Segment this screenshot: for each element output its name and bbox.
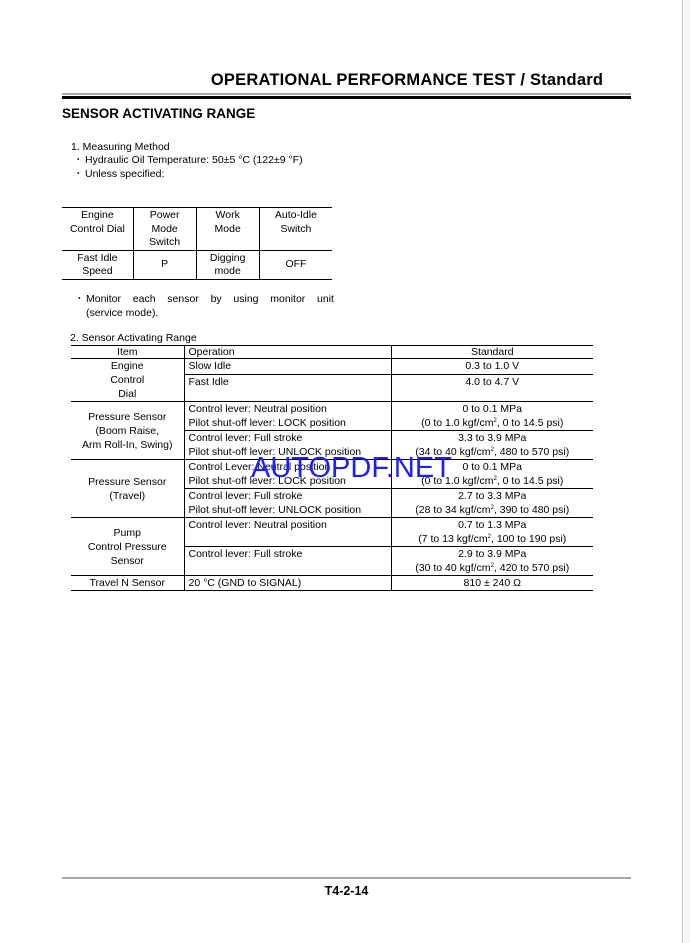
range-header-row: ItemOperationStandard — [71, 346, 593, 359]
conditions-header-cell: Auto-IdleSwitch — [259, 208, 332, 251]
bullet-text: Unless specified: — [85, 168, 164, 180]
item-cell: PumpControl PressureSensor — [71, 518, 184, 576]
operation-cell: Slow Idle — [184, 359, 391, 375]
conditions-value-cell: OFF — [259, 250, 332, 279]
standard-cell: 2.9 to 3.9 MPa(30 to 40 kgf/cm2, 420 to … — [391, 547, 593, 576]
conditions-value-cell: P — [133, 250, 196, 279]
viewer-gutter — [683, 0, 690, 943]
page-number: T4-2-14 — [62, 884, 631, 898]
bullet-icon: ・ — [73, 168, 85, 182]
standard-cell: 4.0 to 4.7 V — [391, 374, 593, 401]
conditions-header-cell: PowerModeSwitch — [133, 208, 196, 251]
operation-cell: Control lever: Neutral position — [184, 518, 391, 547]
measuring-method-title: 1. Measuring Method — [71, 141, 170, 155]
conditions-header-cell: WorkMode — [196, 208, 259, 251]
conditions-value-cell: Diggingmode — [196, 250, 259, 279]
item-cell: Pressure Sensor(Boom Raise,Arm Roll-In, … — [71, 402, 184, 460]
item-cell: Travel N Sensor — [71, 576, 184, 591]
bullet-icon: ・ — [74, 292, 86, 306]
conditions-value-cell: Fast IdleSpeed — [62, 250, 133, 279]
conditions-value-row: Fast IdleSpeedPDiggingmodeOFF — [62, 250, 332, 279]
bullet-icon: ・ — [73, 154, 85, 168]
monitor-word: each — [133, 292, 156, 306]
operation-cell: Control lever: Full strokePilot shut-off… — [184, 489, 391, 518]
bullet-unless-specified: ・Unless specified: — [73, 168, 164, 182]
table-row: EngineControlDialSlow Idle0.3 to 1.0 V — [71, 359, 593, 375]
standard-cell: 0 to 0.1 MPa(0 to 1.0 kgf/cm2, 0 to 14.5… — [391, 402, 593, 431]
conditions-header-cell: EngineControl Dial — [62, 208, 133, 251]
footer-rule — [62, 877, 631, 879]
operation-cell: Control lever: Full stroke — [184, 547, 391, 576]
monitor-word: using — [233, 292, 258, 306]
standard-cell: 0.3 to 1.0 V — [391, 359, 593, 375]
bullet-text: Hydraulic Oil Temperature: 50±5 °C (122±… — [85, 154, 303, 166]
watermark: AUTOPDF.NET — [251, 452, 452, 484]
column-header-standard: Standard — [391, 346, 593, 359]
range-table-title: 2. Sensor Activating Range — [70, 332, 197, 345]
operation-cell: 20 °C (GND to SIGNAL) — [184, 576, 391, 591]
table-row: PumpControl PressureSensorControl lever:… — [71, 518, 593, 547]
item-cell: EngineControlDial — [71, 359, 184, 402]
monitor-word: sensor — [167, 292, 199, 306]
monitor-word: unit — [317, 292, 334, 306]
monitor-note-line1: ・Monitoreachsensorbyusingmonitorunit — [74, 292, 334, 306]
monitor-word: monitor — [270, 292, 305, 306]
monitor-note: ・Monitoreachsensorbyusingmonitorunit (se… — [74, 292, 334, 320]
operation-cell: Control lever: Neutral positionPilot shu… — [184, 402, 391, 431]
item-cell: Pressure Sensor(Travel) — [71, 460, 184, 518]
operation-cell: Fast Idle — [184, 374, 391, 401]
document-header-title: OPERATIONAL PERFORMANCE TEST / Standard — [62, 71, 632, 90]
conditions-table: EngineControl DialPowerModeSwitchWorkMod… — [62, 207, 332, 280]
standard-cell: 0.7 to 1.3 MPa(7 to 13 kgf/cm2, 100 to 1… — [391, 518, 593, 547]
bullet-oil-temperature: ・Hydraulic Oil Temperature: 50±5 °C (122… — [73, 154, 303, 168]
section-heading: SENSOR ACTIVATING RANGE — [62, 106, 255, 121]
monitor-word: ・Monitor — [74, 292, 121, 306]
standard-cell: 810 ± 240 Ω — [391, 576, 593, 591]
table-row: Travel N Sensor20 °C (GND to SIGNAL)810 … — [71, 576, 593, 591]
monitor-note-line2: (service mode). — [74, 306, 334, 320]
header-rule-thin — [62, 93, 631, 95]
conditions-header-row: EngineControl DialPowerModeSwitchWorkMod… — [62, 208, 332, 251]
column-header-item: Item — [71, 346, 184, 359]
header-rule-thick — [62, 96, 631, 99]
column-header-operation: Operation — [184, 346, 391, 359]
table-row: Pressure Sensor(Boom Raise,Arm Roll-In, … — [71, 402, 593, 431]
monitor-word: by — [211, 292, 222, 306]
standard-cell: 2.7 to 3.3 MPa(28 to 34 kgf/cm2, 390 to … — [391, 489, 593, 518]
